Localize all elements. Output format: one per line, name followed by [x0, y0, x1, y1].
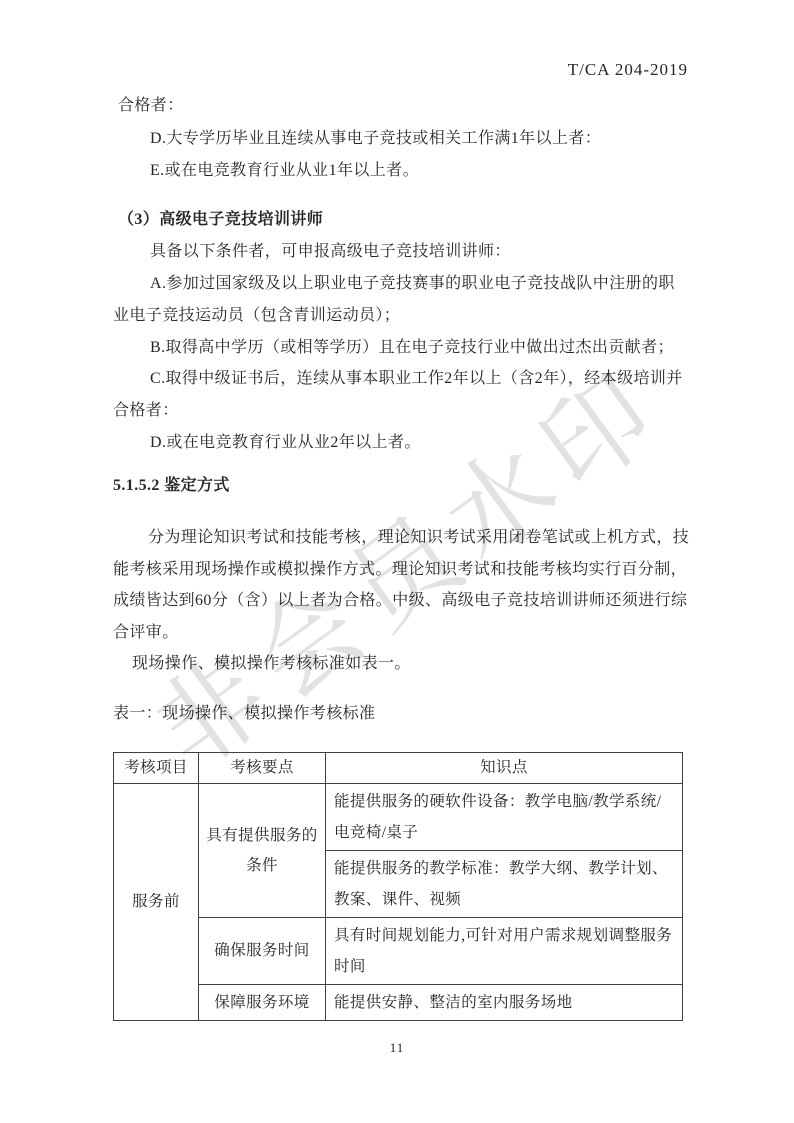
table-row: 确保服务时间 具有时间规划能力,可针对用户需求规划调整服务时间: [114, 918, 683, 985]
body-line: B.取得高中学历（或相等学历）且在电子竞技行业中做出过杰出贡献者；: [150, 338, 674, 358]
body-line: 具备以下条件者，可申报高级电子竞技培训讲师：: [150, 242, 511, 262]
table-caption: 表一：现场操作、模拟操作考核标准: [113, 704, 375, 724]
body-line: C.取得中级证书后，连续从事本职业工作2年以上（含2年），经本级培训并: [150, 369, 683, 389]
knowledge-cell: 能提供服务的教学标准：教学大纲、教学计划、教案、课件、视频: [326, 851, 683, 918]
body-line: 能考核采用现场操作或模拟操作方式。理论知识考试和技能考核均实行百分制，: [113, 560, 687, 580]
point-cell: 具有提供服务的条件: [199, 784, 326, 918]
knowledge-cell: 具有时间规划能力,可针对用户需求规划调整服务时间: [326, 918, 683, 985]
body-line: D.大专学历毕业且连续从事电子竞技或相关工作满1年以上者：: [150, 129, 601, 149]
body-line: 合格者：: [118, 96, 184, 116]
body-line: A.参加过国家级及以上职业电子竞技赛事的职业电子竞技战队中注册的职: [150, 274, 675, 294]
table-header-cell: 知识点: [326, 753, 683, 784]
body-line: D.或在电竞教育行业从业2年以上者。: [150, 433, 421, 453]
table-row: 服务前 具有提供服务的条件 能提供服务的硬软件设备：教学电脑/教学系统/电竞椅/…: [114, 784, 683, 851]
body-line: 合格者：: [113, 401, 179, 421]
body-line: 成绩皆达到60分（含）以上者为合格。中级、高级电子竞技培训讲师还须进行综: [113, 591, 687, 611]
knowledge-cell: 能提供服务的硬软件设备：教学电脑/教学系统/电竞椅/桌子: [326, 784, 683, 851]
table-header-cell: 考核要点: [199, 753, 326, 784]
body-line: E.或在电竞教育行业从业1年以上者。: [150, 161, 419, 181]
assessment-table: 考核项目 考核要点 知识点 服务前 具有提供服务的条件 能提供服务的硬软件设备：…: [113, 752, 683, 1021]
section5-heading: 5.1.5.2 鉴定方式: [113, 476, 230, 496]
table-header-row: 考核项目 考核要点 知识点: [114, 753, 683, 784]
knowledge-cell: 能提供安静、整洁的室内服务场地: [326, 985, 683, 1021]
point-cell: 保障服务环境: [199, 985, 326, 1021]
body-line: 合评审。: [113, 623, 179, 643]
table-header-cell: 考核项目: [114, 753, 199, 784]
section3-heading: （3）高级电子竞技培训讲师: [118, 210, 323, 230]
body-line: 分为理论知识考试和技能考核，理论知识考试采用闭卷笔试或上机方式，技: [148, 528, 689, 548]
stage-cell: 服务前: [114, 784, 199, 1021]
document-page: 非会员水印 T/CA 204-2019 合格者： D.大专学历毕业且连续从事电子…: [0, 0, 794, 1123]
table-row: 保障服务环境 能提供安静、整洁的室内服务场地: [114, 985, 683, 1021]
standard-code-header: T/CA 204-2019: [568, 60, 688, 80]
point-cell: 确保服务时间: [199, 918, 326, 985]
page-number: 11: [0, 1040, 794, 1056]
body-line: 业电子竞技运动员（包含青训运动员）；: [113, 306, 400, 326]
body-line: 现场操作、模拟操作考核标准如表一。: [132, 654, 411, 674]
